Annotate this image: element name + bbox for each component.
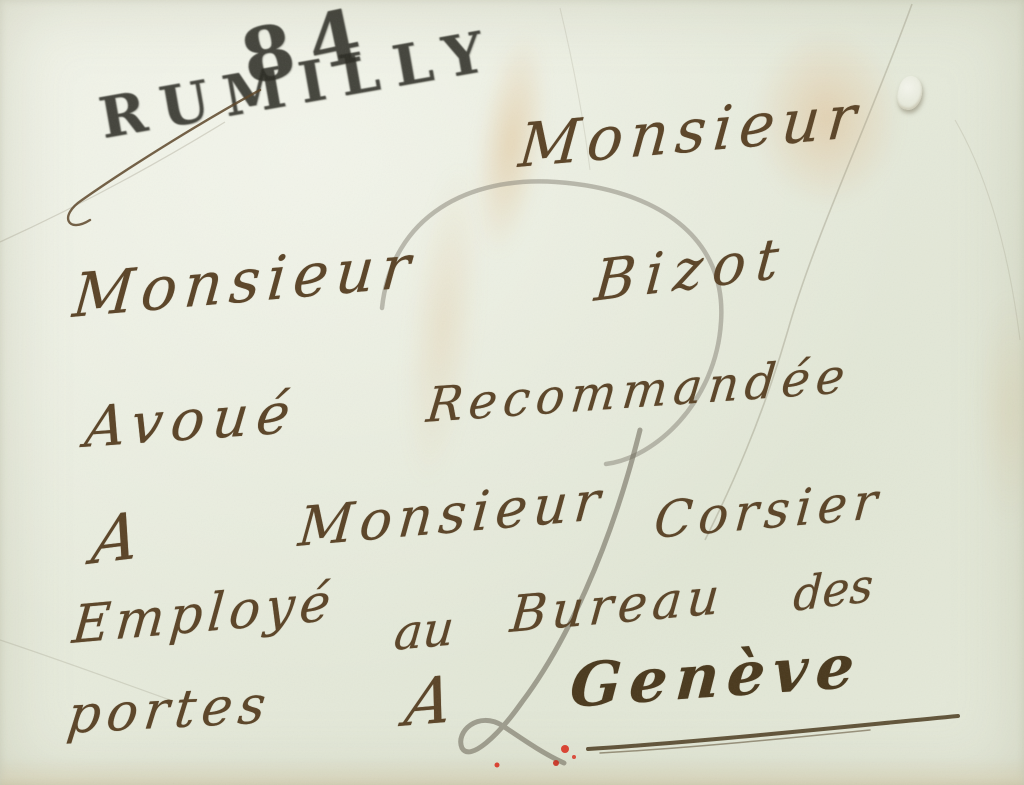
- address-line4-a: A: [88, 499, 143, 580]
- toning-stain-right-edge: [975, 290, 1024, 530]
- address-line3-avoue: Avoué: [82, 381, 301, 461]
- address-line5-des: des: [792, 557, 875, 622]
- address-line2-bizot: Bizot: [592, 225, 791, 315]
- address-line3-recommandee: Recommandée: [424, 348, 853, 434]
- red-wax-speck-2: [561, 745, 569, 753]
- address-line6-geneve: Genève: [568, 631, 864, 722]
- geneve-underline: [588, 716, 958, 749]
- address-line6-a: A: [400, 663, 458, 742]
- letter-scan: 84 RUMILLY Monsieur Monsieur Bizot Avoué…: [0, 0, 1024, 785]
- address-line5-au: au: [392, 600, 456, 662]
- toning-stain-mid-left: [391, 157, 495, 493]
- address-line4-corsier: Corsier: [652, 471, 886, 550]
- address-line6-portes: portes: [64, 675, 275, 746]
- toning-stain-bottom-strip: [0, 758, 1024, 785]
- geneve-underline-rough: [600, 730, 870, 753]
- address-line5-bureau: Bureau: [508, 567, 727, 644]
- address-line5-employe: Employé: [70, 572, 338, 656]
- address-line4-monsieur: Monsieur: [296, 468, 609, 559]
- address-line2-monsieur: Monsieur: [70, 231, 420, 332]
